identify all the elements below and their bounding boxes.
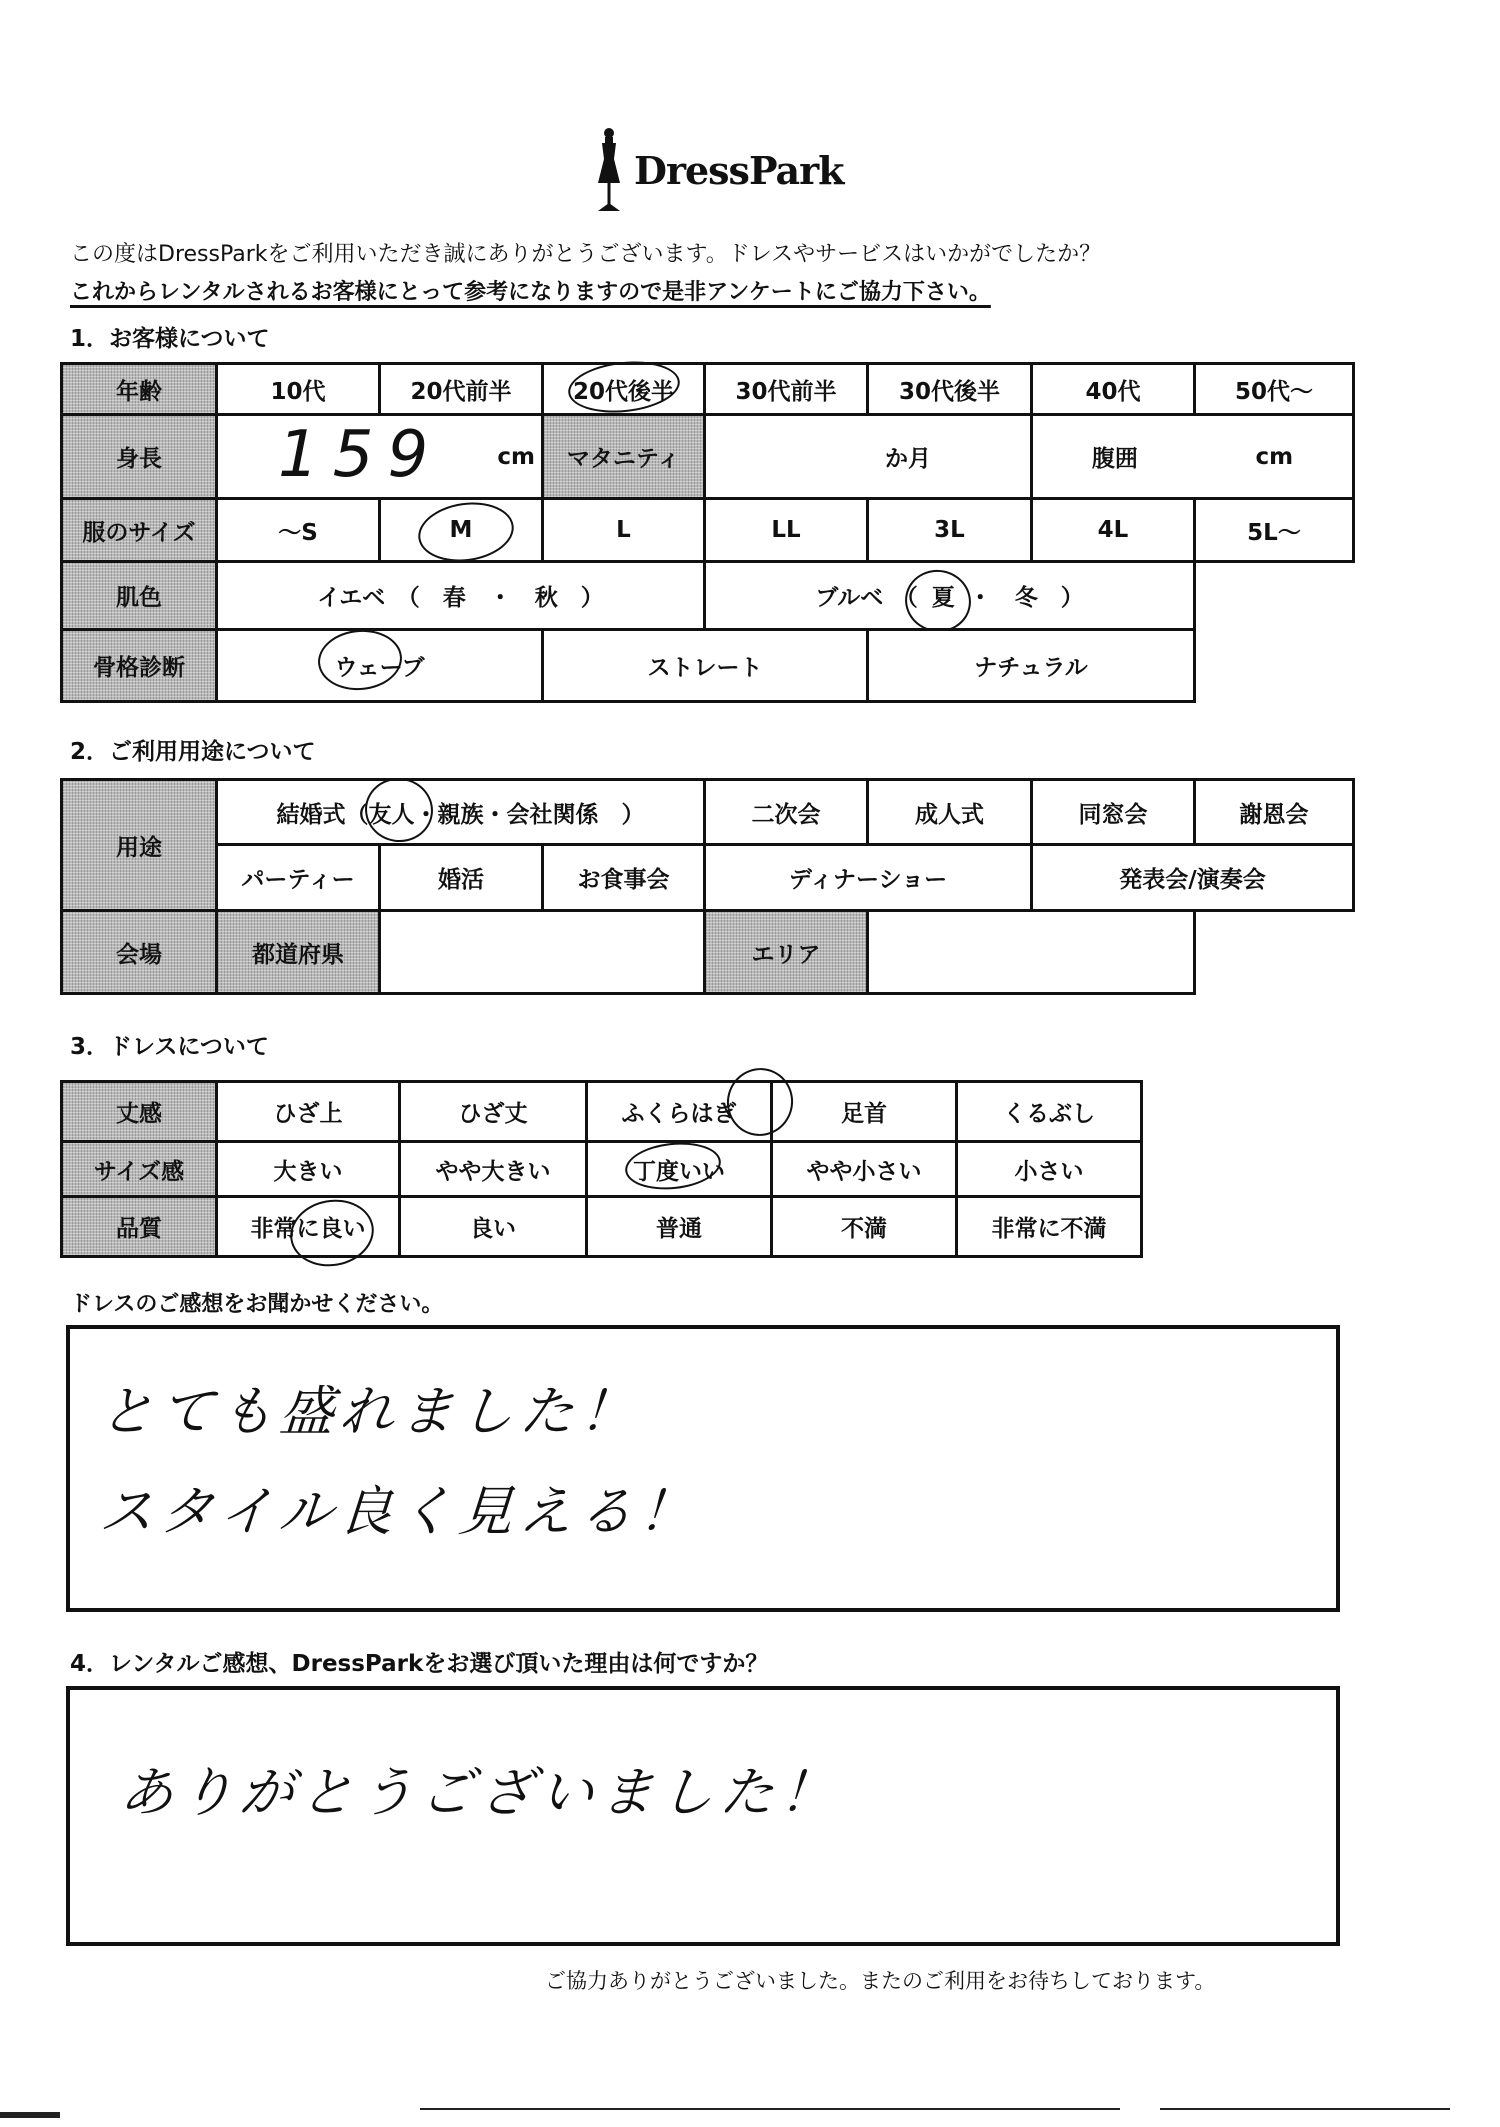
length-option[interactable]: 足首 xyxy=(770,1080,958,1143)
frame-label: 骨格診断 xyxy=(60,628,218,703)
size-option[interactable]: L xyxy=(541,497,706,563)
usage-option[interactable]: 成人式 xyxy=(866,778,1033,846)
length-option[interactable]: ひざ丈 xyxy=(398,1080,588,1143)
intro-request-text: これからレンタルされるお客様にとって参考になりますので是非アンケートにご協力下さ… xyxy=(70,275,991,306)
wedding-prefix: 結婚式（ xyxy=(277,796,369,829)
size-option-selected[interactable]: M xyxy=(378,497,544,563)
usage-option[interactable]: 発表会/演奏会 xyxy=(1030,843,1355,912)
blue-summer-option-selected[interactable]: 夏 xyxy=(932,579,955,612)
usage-option[interactable]: 二次会 xyxy=(703,778,869,846)
usage-option[interactable]: ディナーショー xyxy=(703,843,1033,912)
frame-option[interactable]: ナチュラル xyxy=(866,628,1196,703)
size-feel-option[interactable]: やや大きい xyxy=(398,1140,588,1198)
section1-title: 1．お客様について xyxy=(70,320,270,353)
section2-title: 2．ご利用用途について xyxy=(70,733,316,766)
wedding-option[interactable]: 結婚式（ 友人 ・親族・会社関係 ） xyxy=(215,778,706,846)
size-feel-option-selected[interactable]: 丁度いい xyxy=(585,1140,773,1198)
area-input[interactable] xyxy=(866,909,1196,995)
age-option[interactable]: 20代前半 xyxy=(378,362,544,416)
size-feel-label: サイズ感 xyxy=(60,1140,218,1198)
blue-winter-option[interactable]: ・ 冬 ） xyxy=(969,579,1084,612)
size-option[interactable]: LL xyxy=(703,497,869,563)
size-option[interactable]: 3L xyxy=(866,497,1033,563)
waist-field[interactable]: 腹囲 cm xyxy=(1030,413,1355,500)
brand-name: DressPark xyxy=(634,148,843,193)
dress-mannequin-icon xyxy=(590,125,628,215)
skin-color-label: 肌色 xyxy=(60,560,218,631)
length-option-selected[interactable]: ふくらはぎ xyxy=(585,1080,773,1143)
age-option[interactable]: 40代 xyxy=(1030,362,1196,416)
height-value: 159 xyxy=(278,418,442,492)
quality-option[interactable]: 不満 xyxy=(770,1195,958,1258)
wedding-other-options[interactable]: ・親族・会社関係 ） xyxy=(415,796,645,829)
maternity-label: マタニティ xyxy=(541,413,706,500)
size-label: 服のサイズ xyxy=(60,497,218,563)
frame-option[interactable]: ストレート xyxy=(541,628,869,703)
area-label: エリア xyxy=(703,909,869,995)
length-label: 丈感 xyxy=(60,1080,218,1143)
blue-base-option[interactable]: ブルベ （ 夏 ・ 冬 ） xyxy=(703,560,1196,631)
prefecture-input[interactable] xyxy=(378,909,706,995)
section3-title: 3．ドレスについて xyxy=(70,1028,269,1061)
size-option[interactable]: 5L～ xyxy=(1193,497,1355,563)
size-feel-option[interactable]: やや小さい xyxy=(770,1140,958,1198)
usage-option[interactable]: お食事会 xyxy=(541,843,706,912)
usage-option[interactable]: 婚活 xyxy=(378,843,544,912)
age-label: 年齢 xyxy=(60,362,218,416)
length-option[interactable]: くるぶし xyxy=(955,1080,1143,1143)
usage-option[interactable]: 同窓会 xyxy=(1030,778,1196,846)
intro-text: この度はDressParkをご利用いただき誠にありがとうございます。ドレスやサー… xyxy=(70,237,1101,268)
dress-comment-line1: とても盛れました！ xyxy=(97,1369,642,1446)
quality-option-selected[interactable]: 非常に良い xyxy=(215,1195,401,1258)
brand-logo: DressPark xyxy=(590,125,920,215)
quality-option[interactable]: 良い xyxy=(398,1195,588,1258)
dress-comment-line2: スタイル良く見える！ xyxy=(97,1469,701,1546)
maternity-months-field[interactable]: か月 xyxy=(703,413,1033,500)
dress-comment-box[interactable]: とても盛れました！ スタイル良く見える！ xyxy=(66,1325,1340,1612)
size-option[interactable]: ～S xyxy=(215,497,381,563)
scan-edge-line xyxy=(1160,2108,1450,2110)
frame-option-selected[interactable]: ウェーブ xyxy=(215,628,544,703)
quality-label: 品質 xyxy=(60,1195,218,1258)
usage-option[interactable]: パーティー xyxy=(215,843,381,912)
usage-option[interactable]: 謝恩会 xyxy=(1193,778,1355,846)
months-unit: か月 xyxy=(885,440,931,473)
waist-unit: cm xyxy=(1256,444,1294,470)
usage-label: 用途 xyxy=(60,778,218,912)
length-option[interactable]: ひざ上 xyxy=(215,1080,401,1143)
wedding-friend-option-selected[interactable]: 友人 xyxy=(369,796,415,829)
quality-option[interactable]: 非常に不満 xyxy=(955,1195,1143,1258)
quality-option[interactable]: 普通 xyxy=(585,1195,773,1258)
rental-comment-line1: ありがとうございました！ xyxy=(117,1750,842,1827)
footer-thanks: ご協力ありがとうございました。またのご利用をお待ちしております。 xyxy=(545,1965,1215,1995)
age-option[interactable]: 50代～ xyxy=(1193,362,1355,416)
yellow-base-option[interactable]: イエベ （ 春 ・ 秋 ） xyxy=(215,560,706,631)
dress-comment-prompt: ドレスのご感想をお聞かせください。 xyxy=(70,1287,443,1318)
height-field[interactable]: 159 cm xyxy=(215,413,544,500)
waist-label: 腹囲 xyxy=(1092,440,1138,473)
size-feel-option[interactable]: 大きい xyxy=(215,1140,401,1198)
age-option[interactable]: 30代後半 xyxy=(866,362,1033,416)
size-option[interactable]: 4L xyxy=(1030,497,1196,563)
size-feel-option[interactable]: 小さい xyxy=(955,1140,1143,1198)
height-label: 身長 xyxy=(60,413,218,500)
scan-mark xyxy=(0,2112,60,2118)
section4-title: 4．レンタルご感想、DressParkをお選び頂いた理由は何ですか？ xyxy=(70,1645,768,1678)
age-option[interactable]: 10代 xyxy=(215,362,381,416)
venue-label: 会場 xyxy=(60,909,218,995)
age-option[interactable]: 30代前半 xyxy=(703,362,869,416)
blue-base-prefix: ブルベ （ xyxy=(815,579,918,612)
height-unit: cm xyxy=(497,444,535,470)
prefecture-label: 都道府県 xyxy=(215,909,381,995)
age-option-selected[interactable]: 20代後半 xyxy=(541,362,706,416)
rental-comment-box[interactable]: ありがとうございました！ xyxy=(66,1686,1340,1946)
scan-edge-line xyxy=(420,2108,1120,2110)
